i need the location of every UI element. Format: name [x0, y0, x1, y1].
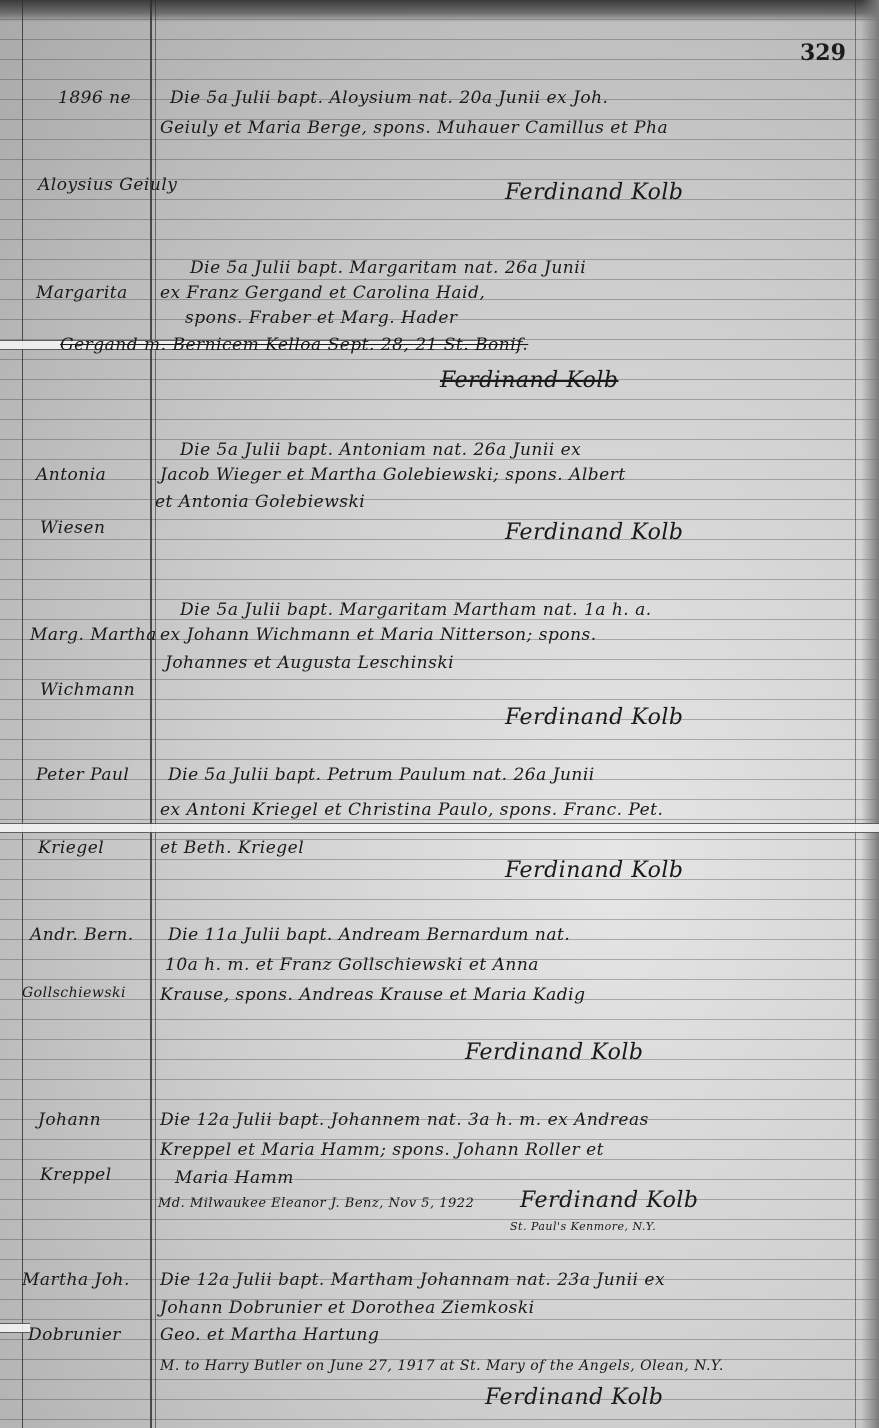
priest-signature: Ferdinand Kolb: [440, 368, 618, 393]
margin-rule-inner: [155, 0, 156, 1428]
scan-top-shadow: [0, 0, 879, 22]
marriage-annotation-place: St. Paul's Kenmore, N.Y.: [510, 1220, 656, 1233]
margin-name: Wichmann: [40, 680, 135, 700]
year-margin: 1896 ne: [58, 88, 131, 108]
register-page: 329 1896 ne Die 5a Julii bapt. Aloysium …: [0, 0, 879, 1428]
priest-signature: Ferdinand Kolb: [505, 858, 683, 883]
margin-name: Aloysius Geiuly: [38, 175, 177, 195]
paper-tear: [0, 1323, 30, 1333]
entry-line: ex Franz Gergand et Carolina Haid,: [160, 283, 485, 303]
margin-name: Marg. Martha: [30, 625, 157, 645]
entry-line: Die 5a Julii bapt. Antoniam nat. 26a Jun…: [180, 440, 581, 460]
margin-name: Wiesen: [40, 518, 105, 538]
entry-line: Die 12a Julii bapt. Johannem nat. 3a h. …: [160, 1110, 649, 1130]
entry-line: 10a h. m. et Franz Gollschiewski et Anna: [165, 955, 539, 975]
entry-line: Maria Hamm: [175, 1168, 294, 1188]
entry-line: Die 12a Julii bapt. Martham Johannam nat…: [160, 1270, 665, 1290]
page-number: 329: [800, 40, 846, 66]
priest-signature: Ferdinand Kolb: [485, 1385, 663, 1410]
entry-line: Jacob Wieger et Martha Golebiewski; spon…: [160, 465, 626, 485]
entry-line: Die 5a Julii bapt. Petrum Paulum nat. 26…: [168, 765, 595, 785]
struck-annotation: Gergand m. Bernicem Kelloa Sept. 28, 21 …: [60, 335, 528, 355]
entry-line: Geo. et Martha Hartung: [160, 1325, 379, 1345]
margin-name: Kriegel: [38, 838, 104, 858]
entry-line: Die 5a Julii bapt. Aloysium nat. 20a Jun…: [170, 88, 608, 108]
entry-line: Kreppel et Maria Hamm; spons. Johann Rol…: [160, 1140, 604, 1160]
entry-line: Die 11a Julii bapt. Andream Bernardum na…: [168, 925, 570, 945]
entry-line: Die 5a Julii bapt. Margaritam nat. 26a J…: [190, 258, 586, 278]
entry-line: spons. Fraber et Marg. Hader: [185, 308, 458, 328]
entry-line: Die 5a Julii bapt. Margaritam Martham na…: [180, 600, 652, 620]
margin-name: Kreppel: [40, 1165, 112, 1185]
marriage-annotation: M. to Harry Butler on June 27, 1917 at S…: [160, 1358, 724, 1374]
scan-right-edge: [861, 0, 879, 1428]
entry-line: ex Antoni Kriegel et Christina Paulo, sp…: [160, 800, 663, 820]
margin-name: Antonia: [36, 465, 106, 485]
paper-tear: [0, 823, 879, 833]
marriage-annotation: Md. Milwaukee Eleanor J. Benz, Nov 5, 19…: [158, 1196, 474, 1211]
margin-name: Peter Paul: [36, 765, 129, 785]
entry-line: Johannes et Augusta Leschinski: [165, 653, 454, 673]
margin-name: Andr. Bern.: [30, 925, 134, 945]
entry-line: et Antonia Golebiewski: [155, 492, 365, 512]
priest-signature: Ferdinand Kolb: [520, 1188, 698, 1213]
entry-line: et Beth. Kriegel: [160, 838, 304, 858]
priest-signature: Ferdinand Kolb: [505, 705, 683, 730]
margin-rule-left: [22, 0, 23, 1428]
margin-name: Johann: [38, 1110, 101, 1130]
margin-name: Gollschiewski: [22, 985, 126, 1001]
priest-signature: Ferdinand Kolb: [505, 520, 683, 545]
priest-signature: Ferdinand Kolb: [465, 1040, 643, 1065]
margin-name: Margarita: [36, 283, 128, 303]
margin-rule-right: [855, 0, 856, 1428]
margin-name: Martha Joh.: [22, 1270, 130, 1290]
entry-line: Krause, spons. Andreas Krause et Maria K…: [160, 985, 585, 1005]
entry-line: Geiuly et Maria Berge, spons. Muhauer Ca…: [160, 118, 668, 138]
margin-name: Dobrunier: [28, 1325, 121, 1345]
entry-line: Johann Dobrunier et Dorothea Ziemkoski: [160, 1298, 535, 1318]
priest-signature: Ferdinand Kolb: [505, 180, 683, 205]
margin-rule-main: [150, 0, 152, 1428]
entry-line: ex Johann Wichmann et Maria Nitterson; s…: [160, 625, 597, 645]
